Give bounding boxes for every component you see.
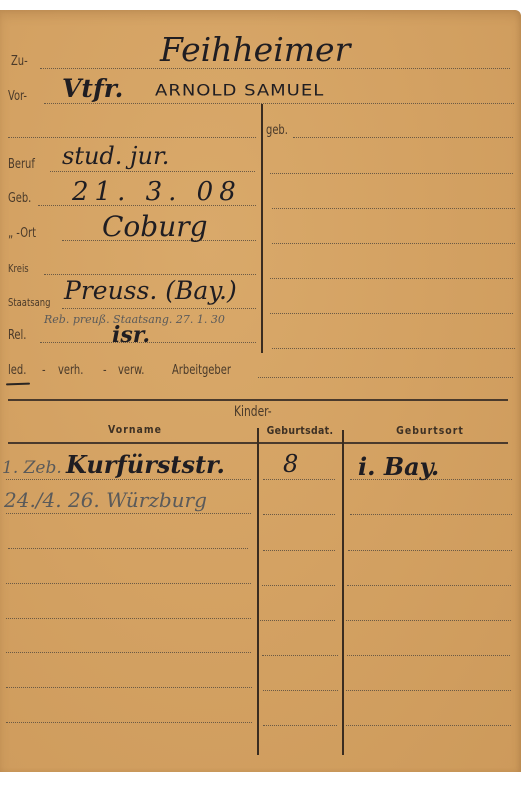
geb-right-line <box>293 137 513 138</box>
religion-value: isr. <box>112 322 150 348</box>
first-name-value: ARNOLD SAMUEL <box>155 81 324 100</box>
section-divider <box>261 104 263 353</box>
kreis-label: Kreis <box>8 262 29 275</box>
row-line-vorname-8 <box>6 722 252 723</box>
blank-line <box>8 137 256 138</box>
right-line-5 <box>270 313 513 314</box>
staatsang-line <box>62 308 256 309</box>
beruf-line <box>50 171 255 172</box>
row-line-dat-1 <box>263 479 335 480</box>
row-line-ort-4 <box>347 585 511 586</box>
row-line-dat-8 <box>263 725 337 726</box>
ort-label: „ -Ort <box>8 226 36 241</box>
col-header-vorname: Vorname <box>71 423 199 436</box>
row-line-dat-5 <box>260 620 335 621</box>
kreis-line <box>44 274 256 275</box>
right-line-3 <box>272 243 515 244</box>
right-line-4 <box>270 278 513 279</box>
right-line-2 <box>272 208 515 209</box>
row-line-dat-3 <box>263 550 335 551</box>
birthdate-value: 21. 3. 08 <box>72 177 242 207</box>
row-line-ort-2 <box>350 514 512 515</box>
beruf-value: stud. jur. <box>62 142 169 170</box>
row-line-vorname-3 <box>8 548 248 549</box>
child-1-vorname: Kurfürststr. <box>66 450 225 479</box>
kinder-title: Kinder- <box>234 404 272 420</box>
status-verh: verh. <box>58 363 83 378</box>
status-verw: verw. <box>118 363 144 378</box>
status-sep-2: - <box>103 363 107 378</box>
geb-label: Geb. <box>8 191 31 206</box>
child-1-geburtsort: i. Bay. <box>358 452 439 481</box>
status-ledig: led. <box>8 363 26 378</box>
birthplace-value: Coburg <box>102 210 208 243</box>
row-line-ort-7 <box>346 690 511 691</box>
vor-cursive: Vtfr. <box>62 74 123 103</box>
arbeitgeber-label: Arbeitgeber <box>172 363 231 378</box>
col-header-geburtsdat: Geburtsdat. <box>264 424 335 437</box>
row-line-ort-6 <box>347 655 510 656</box>
col-divider-2 <box>342 430 344 755</box>
row-line-vorname-5 <box>6 618 251 619</box>
citizenship-value: Preuss. (Bay.) <box>64 276 237 305</box>
vor-line <box>44 103 514 104</box>
child-2-pencil-note: 24./4. 26. Würzburg <box>4 488 207 512</box>
beruf-label: Beruf <box>8 157 35 172</box>
row-line-vorname-6 <box>6 652 251 653</box>
rel-label: Rel. <box>8 328 26 343</box>
col-divider-1 <box>257 428 259 755</box>
col-header-geburtsort: Geburtsort <box>362 424 498 437</box>
row-line-vorname-7 <box>6 687 252 688</box>
vor-label: Vor- <box>8 89 27 104</box>
surname-value: Feihheimer <box>160 30 350 69</box>
right-line-6 <box>272 348 515 349</box>
row-line-dat-6 <box>262 655 338 656</box>
kinder-top-rule <box>8 399 508 401</box>
row-line-vorname-1 <box>6 479 251 480</box>
row-line-vorname-2 <box>6 513 251 514</box>
status-sep-1: - <box>42 363 46 378</box>
row-line-ort-3 <box>348 550 512 551</box>
zu-label: Zu- <box>11 54 28 69</box>
arbeitgeber-line <box>258 377 513 378</box>
row-line-dat-2 <box>263 514 335 515</box>
row-line-dat-7 <box>263 690 338 691</box>
staatsang-label: Staatsang <box>8 296 50 309</box>
row-line-vorname-4 <box>6 583 251 584</box>
row-line-ort-5 <box>346 620 511 621</box>
right-line-1 <box>270 173 513 174</box>
child-1-prefix: 1. Zeb. <box>2 458 62 478</box>
row-line-dat-4 <box>262 585 335 586</box>
child-1-geburtsdat: 8 <box>283 450 298 478</box>
row-line-ort-8 <box>346 725 511 726</box>
geb-right-label: geb. <box>266 123 288 138</box>
